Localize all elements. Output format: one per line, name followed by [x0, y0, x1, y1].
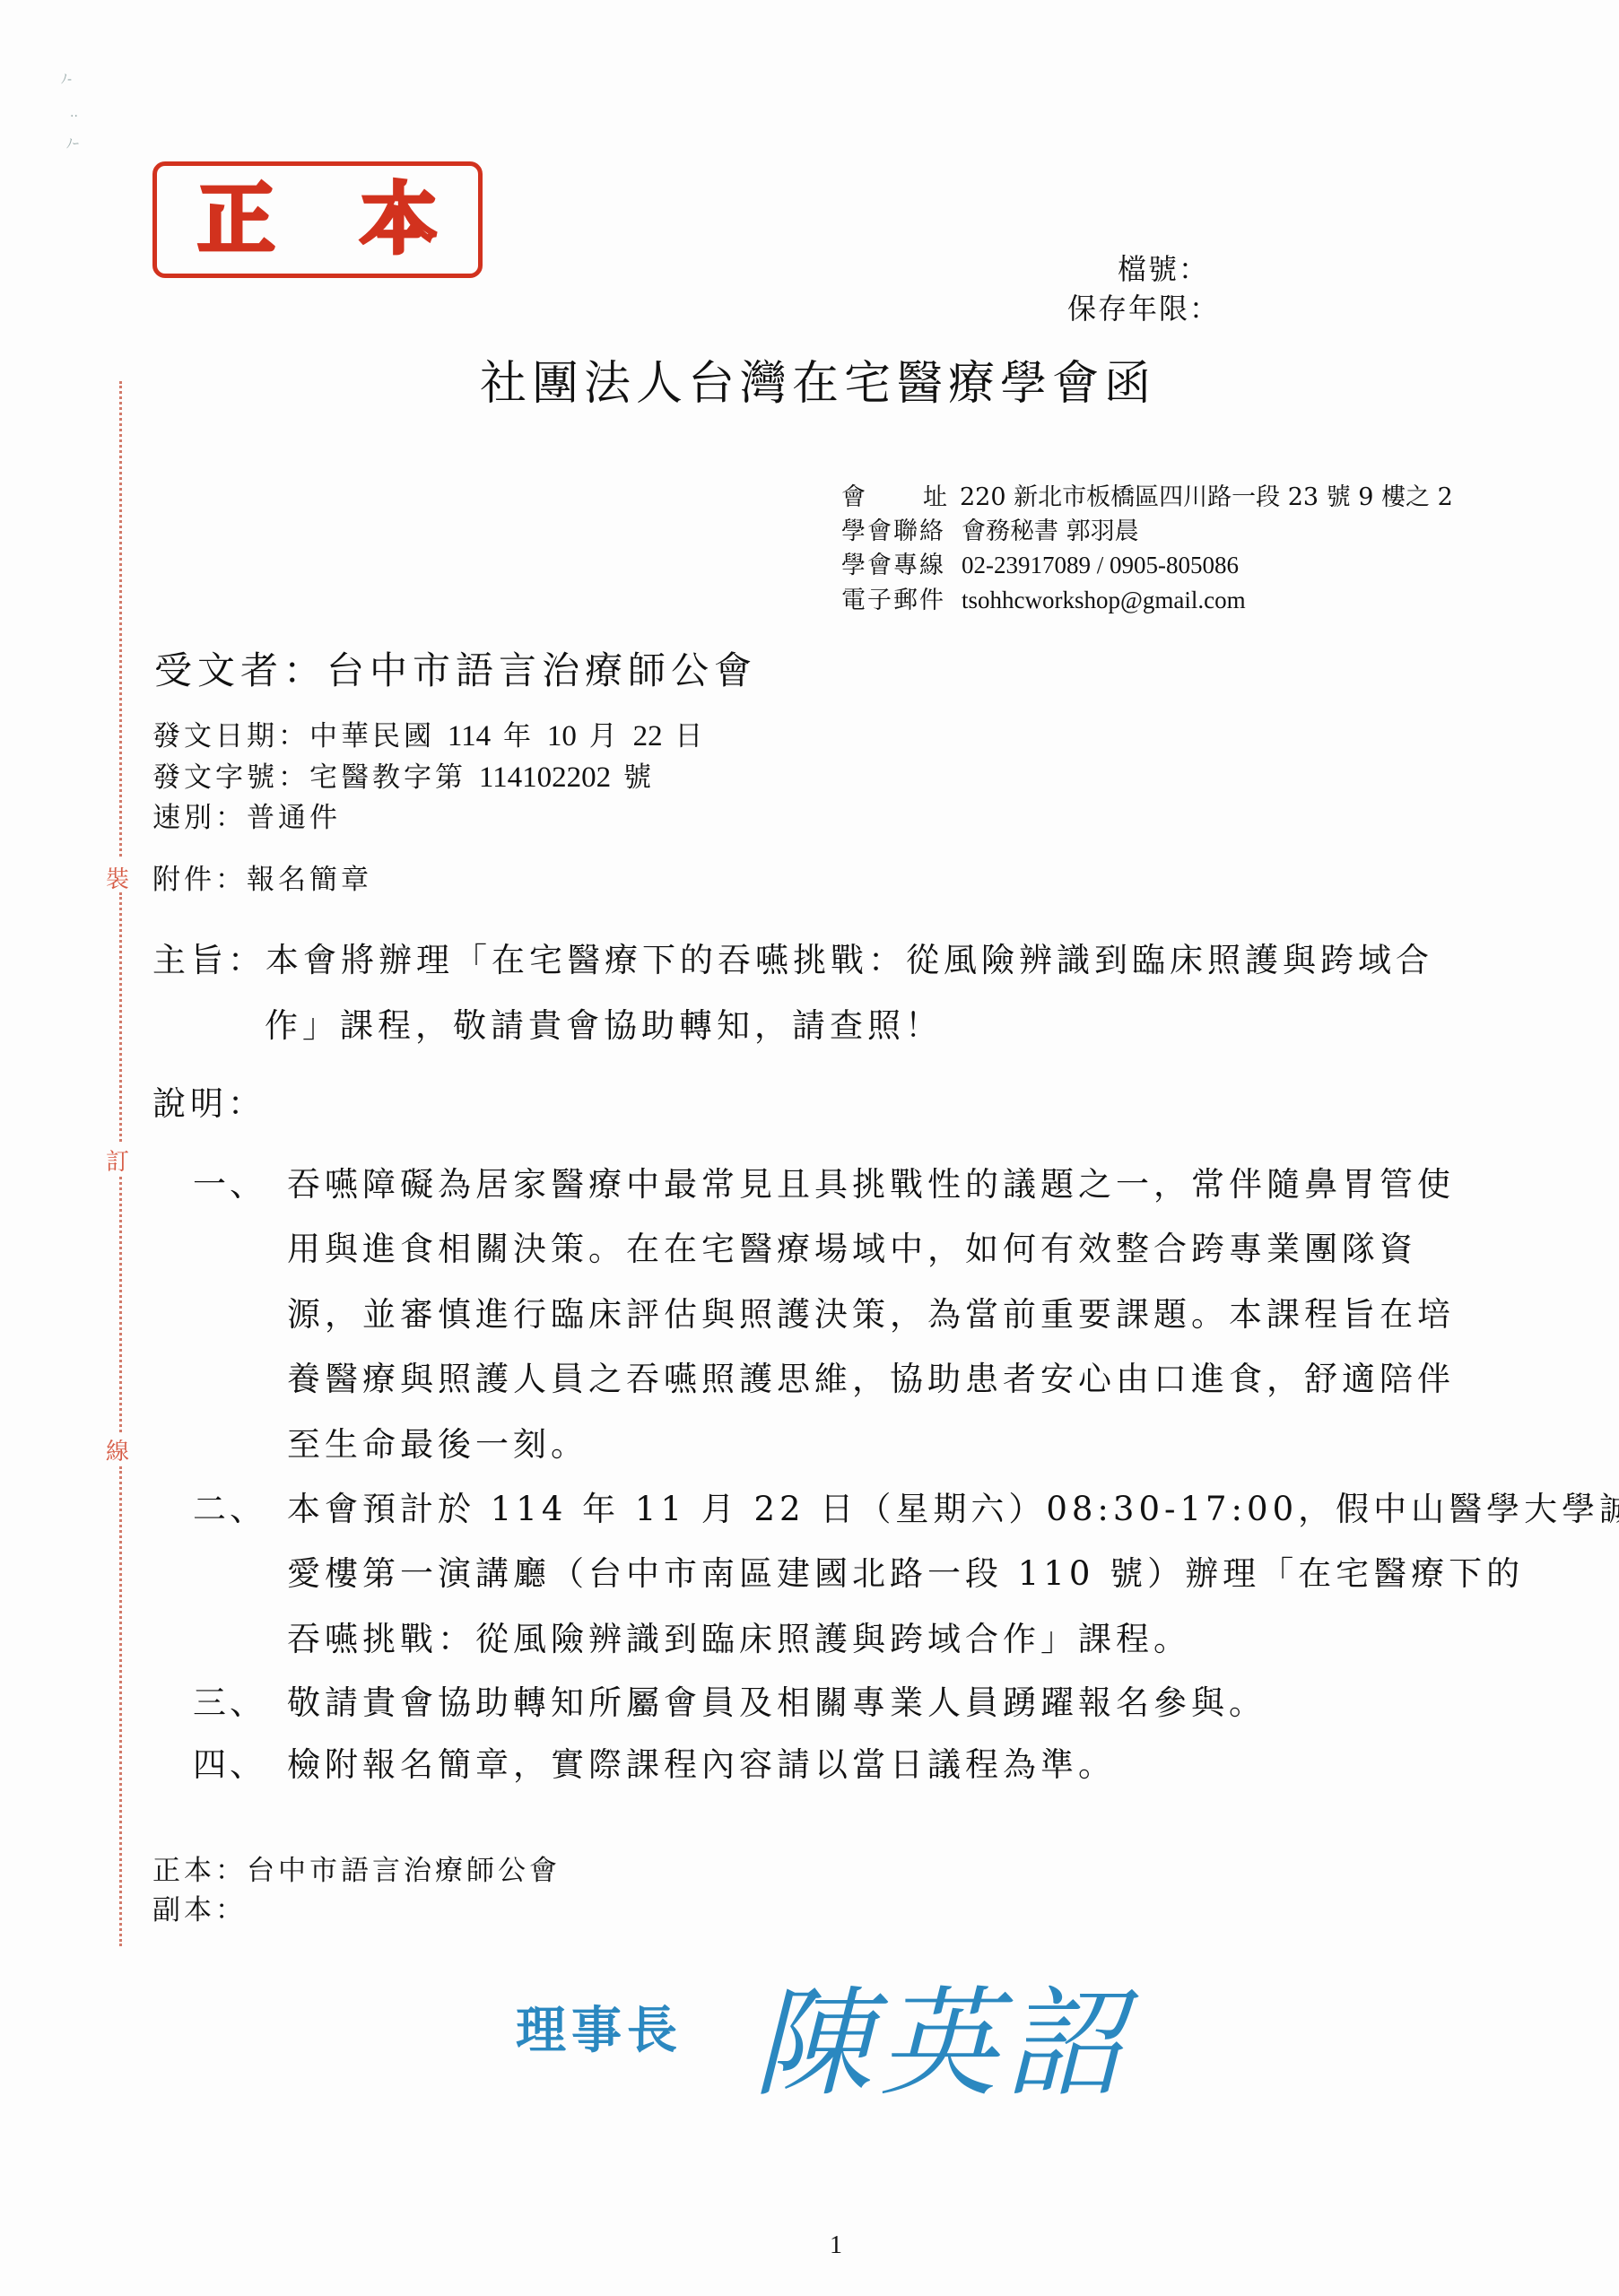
document-number: 發文字號：宅醫教字第 114102202 號 — [152, 754, 655, 795]
binding-line — [119, 1177, 122, 1432]
contact-label: 學會聯絡 — [841, 511, 949, 546]
list-item-line: 源，並審慎進行臨床評估與照護決策，為當前重要課題。本課程旨在培 — [287, 1287, 1455, 1335]
scan-mark: ﾉｰ — [66, 135, 79, 152]
stamp-char: 本 — [361, 181, 438, 258]
contact-liaison: 學會聯絡會務秘書 郭羽晨 — [841, 511, 1139, 546]
explanation-label: 說明： — [152, 1076, 265, 1125]
phone-value: 02-23917089 / 0905-805086 — [962, 552, 1239, 578]
list-item-line: 敬請貴會協助轉知所屬會員及相關專業人員踴躍報名參與。 — [287, 1675, 1266, 1724]
list-marker: 一、 — [193, 1157, 266, 1205]
issue-date: 發文日期：中華民國 114 年 10 月 22 日 — [152, 713, 706, 753]
contact-label: 學會專線 — [841, 545, 949, 580]
retention-label: 保存年限： — [1067, 289, 1220, 328]
binding-line — [119, 1466, 122, 1946]
list-item-line: 養醫療與照護人員之吞嚥照護思維，協助患者安心由口進食，舒適陪伴 — [287, 1352, 1455, 1400]
list-marker: 四、 — [193, 1737, 266, 1786]
list-item-line: 本會預計於 114 年 11 月 22 日（星期六）08:30-17:00，假中… — [287, 1482, 1619, 1530]
original-recipient: 正本：台中市語言治療師公會 — [152, 1848, 561, 1888]
page-number: 1 — [830, 2231, 842, 2260]
original-copy-stamp: 正 本 — [152, 161, 483, 278]
binding-line — [119, 381, 122, 857]
subject-label: 主旨： — [152, 941, 265, 979]
letterhead-title: 社團法人台灣在宅醫療學會函 — [480, 345, 1156, 413]
list-item-line: 愛樓第一演講廳（台中市南區建國北路一段 110 號）辦理「在宅醫療下的 — [287, 1546, 1524, 1595]
list-marker: 二、 — [193, 1482, 266, 1530]
attachment: 附件：報名簡章 — [152, 857, 372, 897]
binding-mark: 裝 — [106, 861, 129, 894]
signature-title: 理事長 — [516, 1991, 683, 2063]
contact-phone: 學會專線02-23917089 / 0905-805086 — [841, 545, 1239, 580]
contact-email: 電子郵件tsohhcworkshop@gmail.com — [841, 580, 1246, 615]
list-item-line: 吞嚥挑戰：從風險辨識到臨床照護與跨域合作」課程。 — [287, 1612, 1191, 1660]
file-number-label: 檔號： — [1118, 249, 1209, 289]
binding-line — [119, 892, 122, 1142]
contact-label: 會址 — [841, 477, 947, 512]
copy-recipient: 副本： — [152, 1887, 247, 1927]
binding-mark: 線 — [106, 1433, 129, 1466]
stamp-char: 正 — [198, 181, 275, 258]
list-marker: 三、 — [193, 1675, 266, 1724]
scan-mark: ﾉ‐ — [61, 70, 72, 88]
email-value[interactable]: tsohhcworkshop@gmail.com — [962, 587, 1246, 613]
list-item-line: 吞嚥障礙為居家醫療中最常見且具挑戰性的議題之一，常伴隨鼻胃管使 — [287, 1157, 1455, 1205]
binding-mark: 訂 — [106, 1144, 129, 1177]
signature-name: 陳英詔 — [753, 1948, 1130, 2118]
recipient-label: 受文者： — [154, 648, 326, 692]
recipient-value: 台中市語言治療師公會 — [326, 648, 757, 692]
subject-line-1: 主旨：本會將辦理「在宅醫療下的吞嚥挑戰：從風險辨識到臨床照護與跨域合 — [152, 933, 1433, 981]
contact-label: 電子郵件 — [841, 580, 949, 615]
subject-line-2: 作」課程，敬請貴會協助轉知，請查照！ — [265, 998, 943, 1047]
list-item-line: 檢附報名簡章，實際課程內容請以當日議程為準。 — [287, 1737, 1116, 1786]
recipient: 受文者：台中市語言治療師公會 — [154, 641, 757, 695]
contact-address: 會址220 新北市板橋區四川路一段 23 號 9 樓之 2 — [841, 477, 1453, 512]
address-value: 220 新北市板橋區四川路一段 23 號 9 樓之 2 — [960, 483, 1453, 511]
priority: 速別：普通件 — [152, 795, 341, 835]
list-item-line: 用與進食相關決策。在在宅醫療場域中，如何有效整合跨專業團隊資 — [287, 1222, 1417, 1270]
scan-mark: ·· — [70, 109, 78, 124]
liaison-value: 會務秘書 郭羽晨 — [962, 517, 1139, 545]
list-item-line: 至生命最後一刻。 — [287, 1417, 588, 1465]
